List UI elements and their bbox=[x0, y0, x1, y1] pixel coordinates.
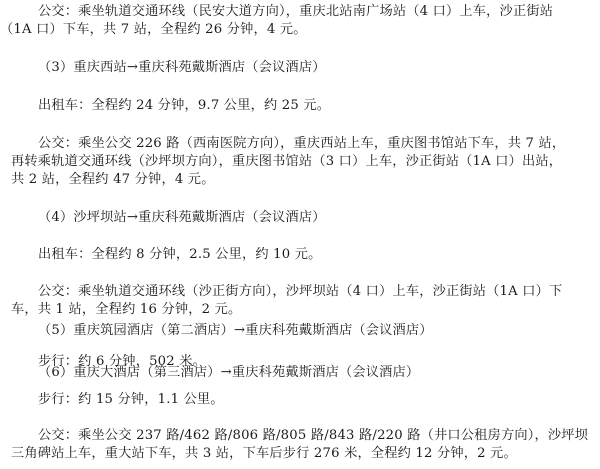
paragraph-bus-route-line1: 公交：乘坐轨道交通环线（民安大道方向），重庆北站南广场站（4 口）上车，沙正街站 bbox=[38, 3, 553, 21]
paragraph-taxi: 出租车：全程约 8 分钟，2.5 公里，约 10 元。 bbox=[38, 246, 322, 264]
paragraph-taxi: 出租车：全程约 24 分钟，9.7 公里，约 25 元。 bbox=[38, 97, 330, 115]
section-heading-6: （6）重庆大酒店（第三酒店）→重庆科苑戴斯酒店（会议酒店） bbox=[38, 364, 419, 382]
paragraph-bus-line2: 车，共 1 站，全程约 16 分钟，2 元。 bbox=[11, 301, 241, 319]
paragraph-bus-line2: 三角碑站上车，重大站下车，共 3 站，下车后步行 276 米，全程约 12 分钟… bbox=[11, 445, 517, 463]
paragraph-bus-line3: 共 2 站，全程约 47 分钟，4 元。 bbox=[11, 171, 215, 189]
section-heading-4: （4）沙坪坝站→重庆科苑戴斯酒店（会议酒店） bbox=[38, 209, 326, 227]
paragraph-bus-line1: 公交：乘坐公交 237 路/462 路/806 路/805 路/843 路/22… bbox=[38, 427, 588, 445]
paragraph-bus-line1: 公交：乘坐轨道交通环线（沙正街方向），沙坪坝站（4 口）上车，沙正街站（1A 口… bbox=[38, 283, 562, 301]
paragraph-bus-line1: 公交：乘坐公交 226 路（西南医院方向），重庆西站上车，重庆图书馆站下车，共 … bbox=[38, 135, 565, 153]
paragraph-bus-route-line2: （1A 口）下车，共 7 站，全程约 26 分钟，4 元。 bbox=[0, 21, 307, 39]
paragraph-bus-line2: 再转乘轨道交通环线（沙坪坝方向），重庆图书馆站（3 口）上车，沙正街站（1A 口… bbox=[11, 153, 562, 171]
section-heading-5: （5）重庆筑园酒店（第二酒店）→重庆科苑戴斯酒店（会议酒店） bbox=[38, 322, 433, 340]
section-heading-3: （3）重庆西站→重庆科苑戴斯酒店（会议酒店） bbox=[38, 59, 326, 77]
paragraph-walk: 步行：约 15 分钟，1.1 公里。 bbox=[38, 391, 224, 409]
